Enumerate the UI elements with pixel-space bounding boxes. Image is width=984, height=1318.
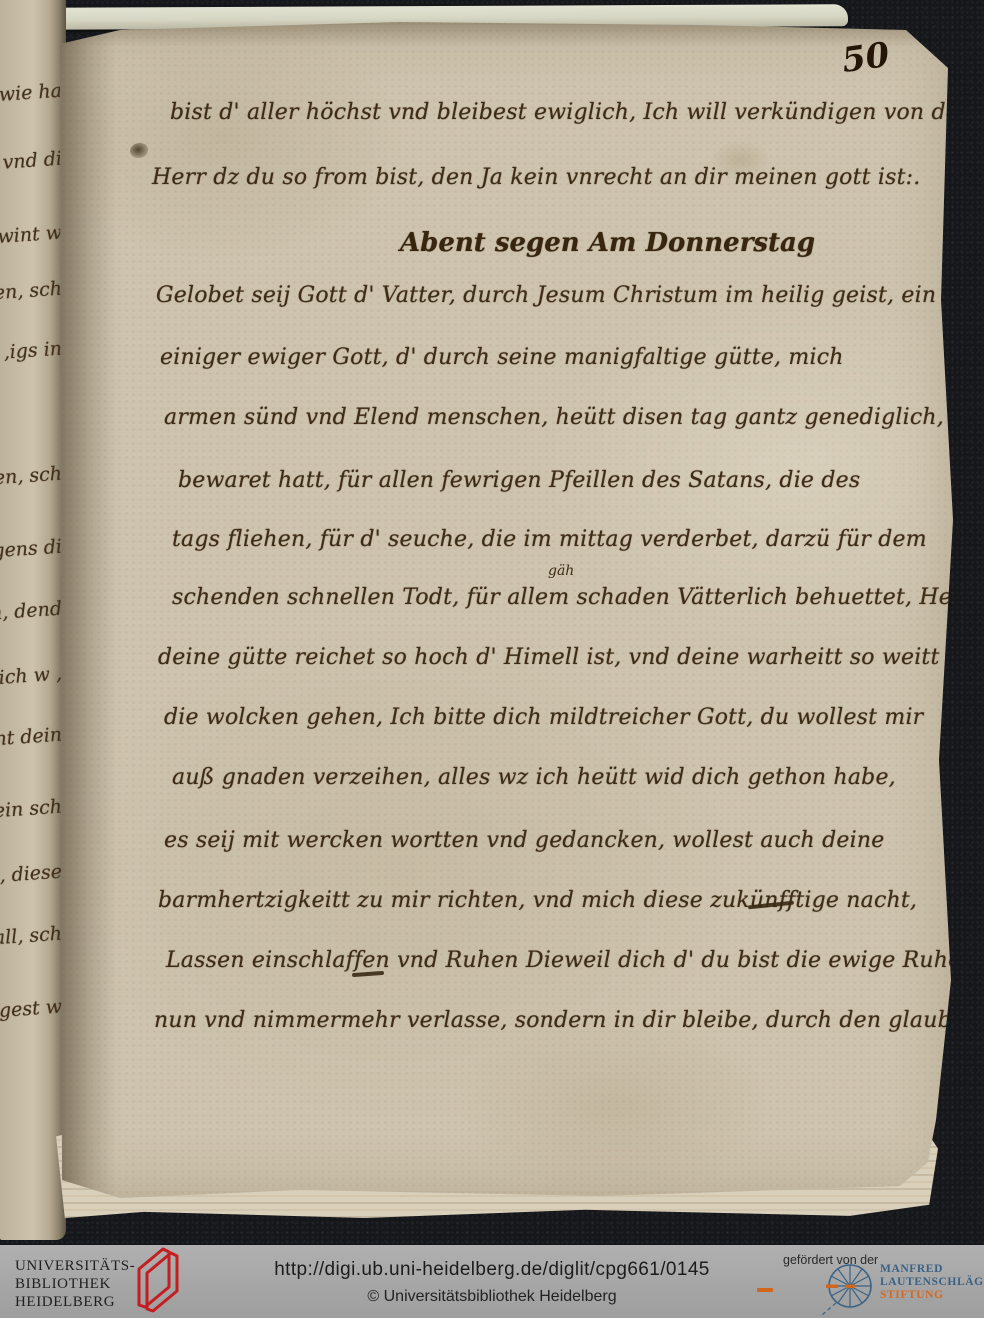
ink-strikethrough (352, 971, 384, 977)
text-line: armen sünd vnd Elend menschen, heütt dis… (164, 405, 944, 430)
interlinear-insertion: gäh (548, 563, 574, 579)
margin-fragment: igs in, (0, 338, 63, 365)
text-line: deine gütte reichet so hoch d' Himell is… (158, 645, 940, 670)
ink-blot (130, 143, 148, 158)
text-line: bewaret hatt, für allen fewrigen Pfeille… (178, 468, 860, 493)
margin-fragment: st, ein sch (0, 796, 63, 823)
margin-fragment: morgens di (0, 536, 63, 563)
margin-fragment: gen, dend (0, 598, 63, 625)
sponsor-name: MANFRED LAUTENSCHLÄGER STIFTUNG (880, 1263, 984, 1302)
text-line: es seij mit wercken wortten vnd gedancke… (164, 828, 884, 853)
sponsor-name-line1: MANFRED (880, 1263, 984, 1276)
text-line: einiger ewiger Gott, d' durch seine mani… (160, 345, 844, 370)
margin-fragment: eint dein (0, 724, 63, 751)
gutter-shadow (60, 20, 116, 1202)
margin-fragment: hen all, sch (0, 923, 63, 950)
section-heading: Abent segen Am Donnerstag (400, 228, 815, 258)
manuscript-page: 50 bist d' aller höchst vnd bleibest ewi… (60, 20, 955, 1202)
digitized-manuscript-view: rkens, wie ha bin, vnd di es wint w inde… (0, 0, 984, 1318)
text-line: nun vnd nimmermehr verlasse, sondern in … (154, 1008, 984, 1033)
text-line: Herr dz du so from bist, den Ja kein vnr… (152, 165, 920, 190)
footer-banner: UNIVERSITÄTS- BIBLIOTHEK HEIDELBERG http… (0, 1245, 984, 1318)
text-line: Lassen einschlaffen vnd Ruhen Dieweil di… (166, 948, 969, 973)
sponsor-name-line2: LAUTENSCHLÄGER (880, 1276, 984, 1289)
text-line: bist d' aller höchst vnd bleibest ewigli… (170, 100, 970, 125)
previous-page-strip: rkens, wie ha bin, vnd di es wint w inde… (0, 0, 66, 1240)
margin-fragment: rkens, wie ha (0, 80, 63, 107)
text-line: tags fliehen, für d' seuche, die im mitt… (172, 527, 927, 552)
margin-fragment: es wint w (0, 222, 63, 249)
text-line: die wolcken gehen, Ich bitte dich mildtr… (164, 705, 923, 730)
margin-fragment: inden haben, sch (0, 278, 63, 305)
text-line: Gelobet seij Gott d' Vatter, durch Jesum… (156, 283, 936, 308)
text-line: barmhertzigkeitt zu mir richten, vnd mic… (158, 888, 917, 913)
text-line: auß gnaden verzeihen, alles wz ich heütt… (172, 765, 896, 790)
margin-fragment: zü dancken, sch (0, 463, 63, 490)
sponsor-dash (757, 1288, 773, 1292)
margin-fragment: bin, vnd di (0, 148, 63, 175)
folio-number: 50 (839, 35, 891, 81)
margin-fragment: , vnd ich w (0, 663, 63, 690)
library-book-icon (133, 1247, 185, 1318)
text-line: schenden schnellen Todt, für allem schad… (172, 585, 973, 610)
sponsor-globe-icon (818, 1261, 876, 1318)
margin-fragment: dü gest w (0, 996, 63, 1023)
sponsor-name-line3: STIFTUNG (880, 1289, 984, 1302)
margin-fragment: nicht, diese (0, 861, 63, 888)
